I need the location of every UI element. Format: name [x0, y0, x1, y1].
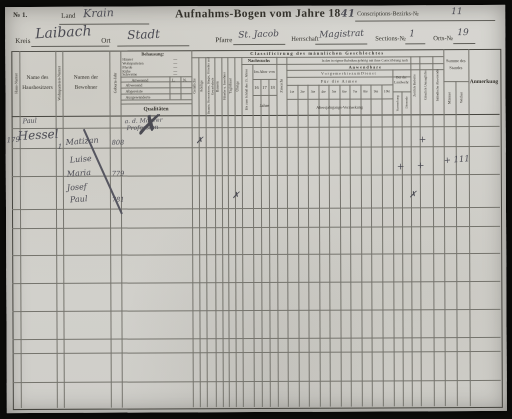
col-header-owner: Name des Hausbesitzers [19, 51, 55, 116]
mark-class-row1: ✗ [196, 136, 204, 146]
ort-label: Ort [101, 37, 110, 45]
conscription-district-label: Conscriptions-Bezirks-№ [357, 11, 418, 17]
armee-col: 2te [297, 85, 307, 99]
herrschaft-value: Magistrat [319, 29, 364, 41]
section-number-value: 1 [409, 29, 415, 39]
entry-resident-name: Paul [70, 194, 88, 204]
stats-row-label: Schweine [122, 73, 137, 77]
kreis-label: Kreis [15, 37, 30, 45]
land-label: Land [61, 12, 75, 20]
entry-owner-firstname: Paul [22, 117, 37, 126]
form-title-printed: Aufnahms-Bogen vom Jahre 18 [175, 8, 341, 21]
house-stats-title: Behausung: [141, 51, 164, 56]
summe-col-weiber: Weiber [455, 81, 468, 114]
kreis-value: Laibach [35, 23, 92, 42]
presence-row: Anwesend [131, 77, 148, 82]
strike-qualitaeten-x: ✗ [136, 111, 160, 139]
armee-col: 4te [318, 85, 328, 99]
armee-col: 9te [370, 84, 381, 98]
zuwachs-column: Zuwachs [276, 57, 286, 115]
mark-weiber-row5: ✗ [409, 190, 417, 200]
orts-number-value: 19 [457, 28, 468, 38]
summe-col-maenner: Männer [443, 81, 455, 114]
form-title: Aufnahms-Bogen vom Jahre 1841 [175, 8, 355, 21]
entry-anmerkung-note: + 111 [443, 154, 470, 166]
entry-resident-name: Luise [69, 154, 91, 165]
entry-resident-year: 808 [112, 139, 124, 147]
presence-col2: N. [183, 77, 187, 82]
presence-row: Ausgewanderte [125, 94, 150, 99]
mark-weiber-row3: + [417, 161, 425, 171]
col-header-anmerkung: Anmerkung [468, 49, 499, 114]
mark-maenner-row3: + [397, 162, 405, 172]
nachwuchs-age-label: Im Alter von [252, 64, 276, 79]
col-zeitlich-befreite: Zeitlich Befreite [410, 56, 419, 114]
armee-col: 7te [349, 85, 360, 99]
nachwuchs-until15: Bis zum Schluß des 15. Jahres [241, 64, 252, 115]
presence-row: Abgereiste [125, 88, 142, 93]
document-number: № 1. [13, 11, 27, 19]
landwehr-col-dienende: Dienende [401, 91, 410, 114]
herrschaft-label: Herrschaft [291, 36, 318, 43]
col-gaenzlich-untaugliche: Gänzlich Untaugliche [419, 56, 432, 114]
armee-col: 6te [339, 85, 349, 99]
armee-col: 3te [307, 85, 318, 99]
pfarre-value: St. Jacob [238, 29, 279, 41]
pfarre-label: Pfarre [215, 36, 232, 44]
summe-title: Summe des Standes [443, 49, 468, 81]
class-col-beamte: Beamte, Honoratioren, Bürger, Künstler u… [205, 57, 214, 115]
entry-resident-name: Maria [67, 168, 92, 179]
nachwuchs-age-17: 17 [260, 79, 268, 95]
landwehr-col-vormerkung: Vormerkung [392, 91, 401, 114]
section-number-label: Sections-№ [375, 35, 405, 42]
entry-resident-year: 779 [112, 170, 124, 178]
paper-sheet: № 1. Land Krain Aufnahms-Bogen vom Jahre… [5, 5, 507, 413]
entry-party-number: 1 [58, 143, 63, 151]
col-header-house-number: Haus-Numer [11, 51, 19, 116]
presence-col1: L. [172, 77, 175, 82]
armee-footer: Altersjahrgangs-Vormerkung [287, 98, 393, 114]
entry-owner-surname: Hessel [17, 127, 59, 143]
presence-row: Abwesend [125, 82, 142, 87]
col-header-residents: Namen der Bewohner [62, 51, 109, 116]
photographed-census-sheet: № 1. Land Krain Aufnahms-Bogen vom Jahre… [0, 0, 512, 419]
nachwuchs-age-16: 16 [252, 79, 260, 95]
nachwuchs-age-18: 18 [268, 79, 276, 95]
form-title-year: 41 [341, 9, 356, 20]
armee-col: 10te [381, 84, 392, 98]
mark-nachwuchs-row4: ✗ [232, 191, 240, 201]
armee-col: 1te [286, 85, 297, 99]
land-value: Krain [83, 6, 114, 20]
mark-weiber-row1: + [419, 135, 427, 145]
armee-col: 8te [360, 84, 370, 98]
nachwuchs-years-label: Jahre [253, 95, 277, 115]
conscription-district-value: 11 [451, 7, 462, 17]
entry-resident-name: Josef [67, 182, 87, 192]
orts-number-label: Orts-№ [433, 35, 453, 42]
ort-value: Stadt [127, 27, 160, 42]
stats-row-value: — [173, 72, 177, 76]
col-inlaendische-abwesende: Inländische Abwesende [432, 56, 443, 114]
landwehr-label: Bei der Landwehr [392, 69, 410, 91]
armee-col: 5te [328, 85, 339, 99]
col-header-birth-year: Geburts-Jahr [109, 51, 120, 116]
